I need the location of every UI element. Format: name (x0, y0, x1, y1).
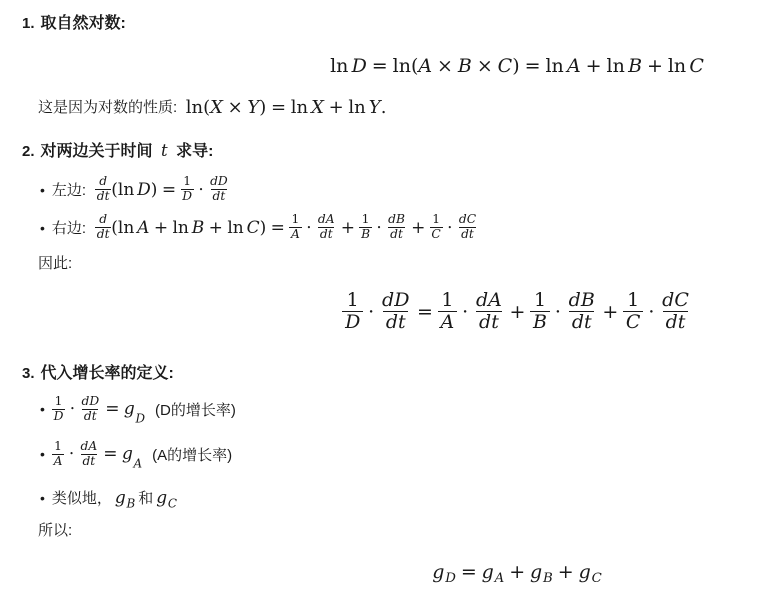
equation-growth-rates-full: 1D⋅dDdt=1A⋅dAdt+1B⋅dBdt+1C⋅dCdt (250, 290, 784, 334)
left-side-label: 左边: (52, 179, 86, 200)
log-property-note: 这是因为对数的性质: ln(X×Y)=lnX+lnY. (0, 94, 784, 121)
similarly-and-text: 和 (138, 487, 153, 508)
math-gc: gC (156, 488, 177, 508)
bullet-icon: • (40, 490, 45, 506)
bullet-left-side: • 左边: ddt(lnD)=1D⋅dDdt (0, 174, 784, 205)
section-1-number: 1. (22, 13, 35, 35)
math-log-property: ln(X×Y)=lnX+lnY. (186, 96, 387, 120)
section-2-title: 对两边关于时间 t 求导: (41, 140, 214, 163)
section-3-number: 3. (22, 363, 35, 385)
section-2-heading: 2. 对两边关于时间 t 求导: (0, 140, 784, 163)
similarly-pre-text: 类似地， (52, 487, 112, 508)
bullet-gd-definition: • 1D⋅dDdt=gD (D的增长率) (0, 394, 784, 425)
ga-note: (A的增长率) (152, 444, 232, 465)
equation-log-expansion: lnD=ln(A×B×C)=lnA+lnB+lnC (250, 55, 784, 77)
right-side-label: 右边: (52, 217, 86, 238)
bullet-icon: • (40, 220, 45, 236)
section-2-number: 2. (22, 141, 35, 163)
math-right-derivative: ddt(lnA+lnB+lnC)=1A⋅dAdt+1B⋅dBdt+1C⋅dCdt (95, 213, 478, 241)
section-2-title-pre: 对两边关于时间 (41, 143, 153, 160)
bullet-right-side: • 右边: ddt(lnA+lnB+lnC)=1A⋅dAdt+1B⋅dBdt+1… (0, 212, 784, 243)
so-text: 所以: (0, 519, 784, 543)
math-eq3: gD=gA+gB+gC (432, 561, 602, 583)
math-t-variable: t (161, 140, 168, 162)
section-3-heading: 3. 代入增长率的定义: (0, 363, 784, 385)
math-eq2: 1D⋅dDdt=1A⋅dAdt+1B⋅dBdt+1C⋅dCdt (342, 290, 691, 334)
log-property-text: 这是因为对数的性质: (38, 96, 177, 120)
equation-growth-rate-sum: gD=gA+gB+gC (250, 561, 784, 583)
document-body: 1. 取自然对数: lnD=ln(A×B×C)=lnA+lnB+lnC 这是因为… (0, 0, 784, 589)
gd-note: (D的增长率) (155, 399, 236, 420)
math-left-derivative: ddt(lnD)=1D⋅dDdt (95, 175, 229, 203)
math-gd-definition: 1D⋅dDdt=gD (52, 395, 145, 423)
bullet-similarly: • 类似地， gB 和 gC (0, 487, 784, 509)
section-1-title: 取自然对数: (41, 13, 126, 35)
bullet-icon: • (40, 446, 45, 462)
bullet-ga-definition: • 1A⋅dAdt=gA (A的增长率) (0, 439, 784, 470)
section-3-title: 代入增长率的定义: (41, 363, 174, 385)
math-eq1: lnD=ln(A×B×C)=lnA+lnB+lnC (330, 55, 704, 77)
section-2-title-post: 求导: (176, 143, 213, 160)
math-ga-definition: 1A⋅dAdt=gA (52, 440, 142, 468)
bullet-icon: • (40, 182, 45, 198)
bullet-icon: • (40, 401, 45, 417)
section-1-heading: 1. 取自然对数: (0, 13, 784, 35)
therefore-text: 因此: (0, 252, 784, 276)
math-gb: gB (115, 488, 135, 508)
